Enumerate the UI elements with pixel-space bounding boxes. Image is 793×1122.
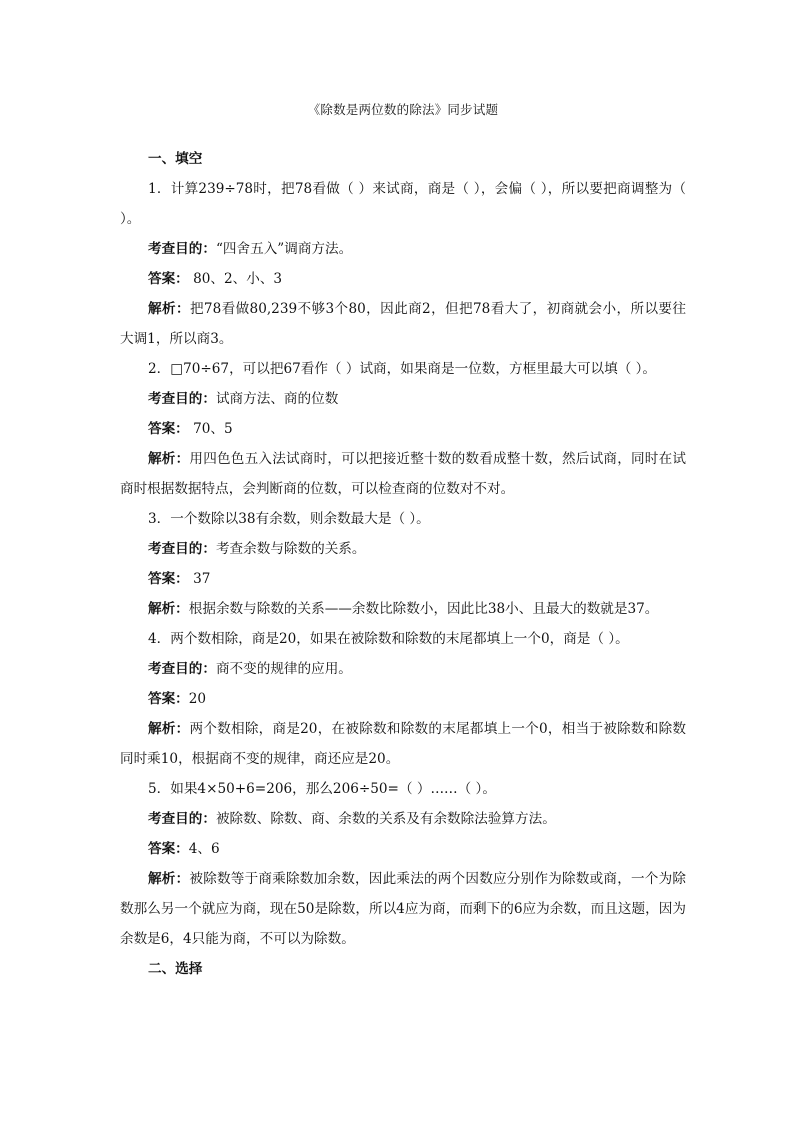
question-3: 3．一个数除以38有余数，则余数最大是（ ）。 考查目的：考查余数与除数的关系。… bbox=[120, 504, 686, 624]
document-content: 一、填空 1．计算239÷78时，把78看做（ ）来试商，商是（ ），会偏（ ）… bbox=[120, 144, 686, 984]
question-analysis: 解析：用四色色五入法试商时，可以把接近整十数的数看成整十数，然后试商，同时在试商… bbox=[120, 444, 686, 504]
question-analysis: 解析：把78看做80,239不够3个80，因此商2，但把78看大了，初商就会小，… bbox=[120, 294, 686, 354]
question-purpose: 考查目的：考查余数与除数的关系。 bbox=[120, 534, 686, 564]
question-4: 4．两个数相除，商是20，如果在被除数和除数的末尾都填上一个0，商是（ ）。 考… bbox=[120, 624, 686, 774]
question-text: 5．如果4×50+6=206，那么206÷50=（ ）……（ ）。 bbox=[120, 774, 686, 804]
question-answer: 答案：4、6 bbox=[120, 834, 686, 864]
question-1: 1．计算239÷78时，把78看做（ ）来试商，商是（ ），会偏（ ），所以要把… bbox=[120, 174, 686, 354]
question-answer: 答案： 37 bbox=[120, 564, 686, 594]
question-2: 2．□70÷67，可以把67看作（ ）试商，如果商是一位数，方框里最大可以填（ … bbox=[120, 354, 686, 504]
question-text: 3．一个数除以38有余数，则余数最大是（ ）。 bbox=[120, 504, 686, 534]
question-text: 4．两个数相除，商是20，如果在被除数和除数的末尾都填上一个0，商是（ ）。 bbox=[120, 624, 686, 654]
question-text: 2．□70÷67，可以把67看作（ ）试商，如果商是一位数，方框里最大可以填（ … bbox=[120, 354, 686, 384]
question-answer: 答案： 70、5 bbox=[120, 414, 686, 444]
question-answer: 答案： 80、2、小、3 bbox=[120, 264, 686, 294]
question-analysis: 解析：两个数相除，商是20，在被除数和除数的末尾都填上一个0，相当于被除数和除数… bbox=[120, 714, 686, 774]
question-purpose: 考查目的：“四舍五入”调商方法。 bbox=[120, 234, 686, 264]
question-purpose: 考查目的：商不变的规律的应用。 bbox=[120, 654, 686, 684]
question-purpose: 考查目的：试商方法、商的位数 bbox=[120, 384, 686, 414]
question-answer: 答案：20 bbox=[120, 684, 686, 714]
question-text: 1．计算239÷78时，把78看做（ ）来试商，商是（ ），会偏（ ），所以要把… bbox=[120, 174, 686, 234]
section-heading-fill-in: 一、填空 bbox=[120, 144, 686, 174]
section-heading-multiple-choice: 二、选择 bbox=[120, 954, 686, 984]
document-title: 《除数是两位数的除法》同步试题 bbox=[120, 100, 686, 118]
question-5: 5．如果4×50+6=206，那么206÷50=（ ）……（ ）。 考查目的：被… bbox=[120, 774, 686, 954]
question-analysis: 解析：根据余数与除数的关系——余数比除数小，因此比38小、且最大的数就是37。 bbox=[120, 594, 686, 624]
question-purpose: 考查目的：被除数、除数、商、余数的关系及有余数除法验算方法。 bbox=[120, 804, 686, 834]
question-analysis: 解析：被除数等于商乘除数加余数，因此乘法的两个因数应分别作为除数或商，一个为除数… bbox=[120, 864, 686, 954]
